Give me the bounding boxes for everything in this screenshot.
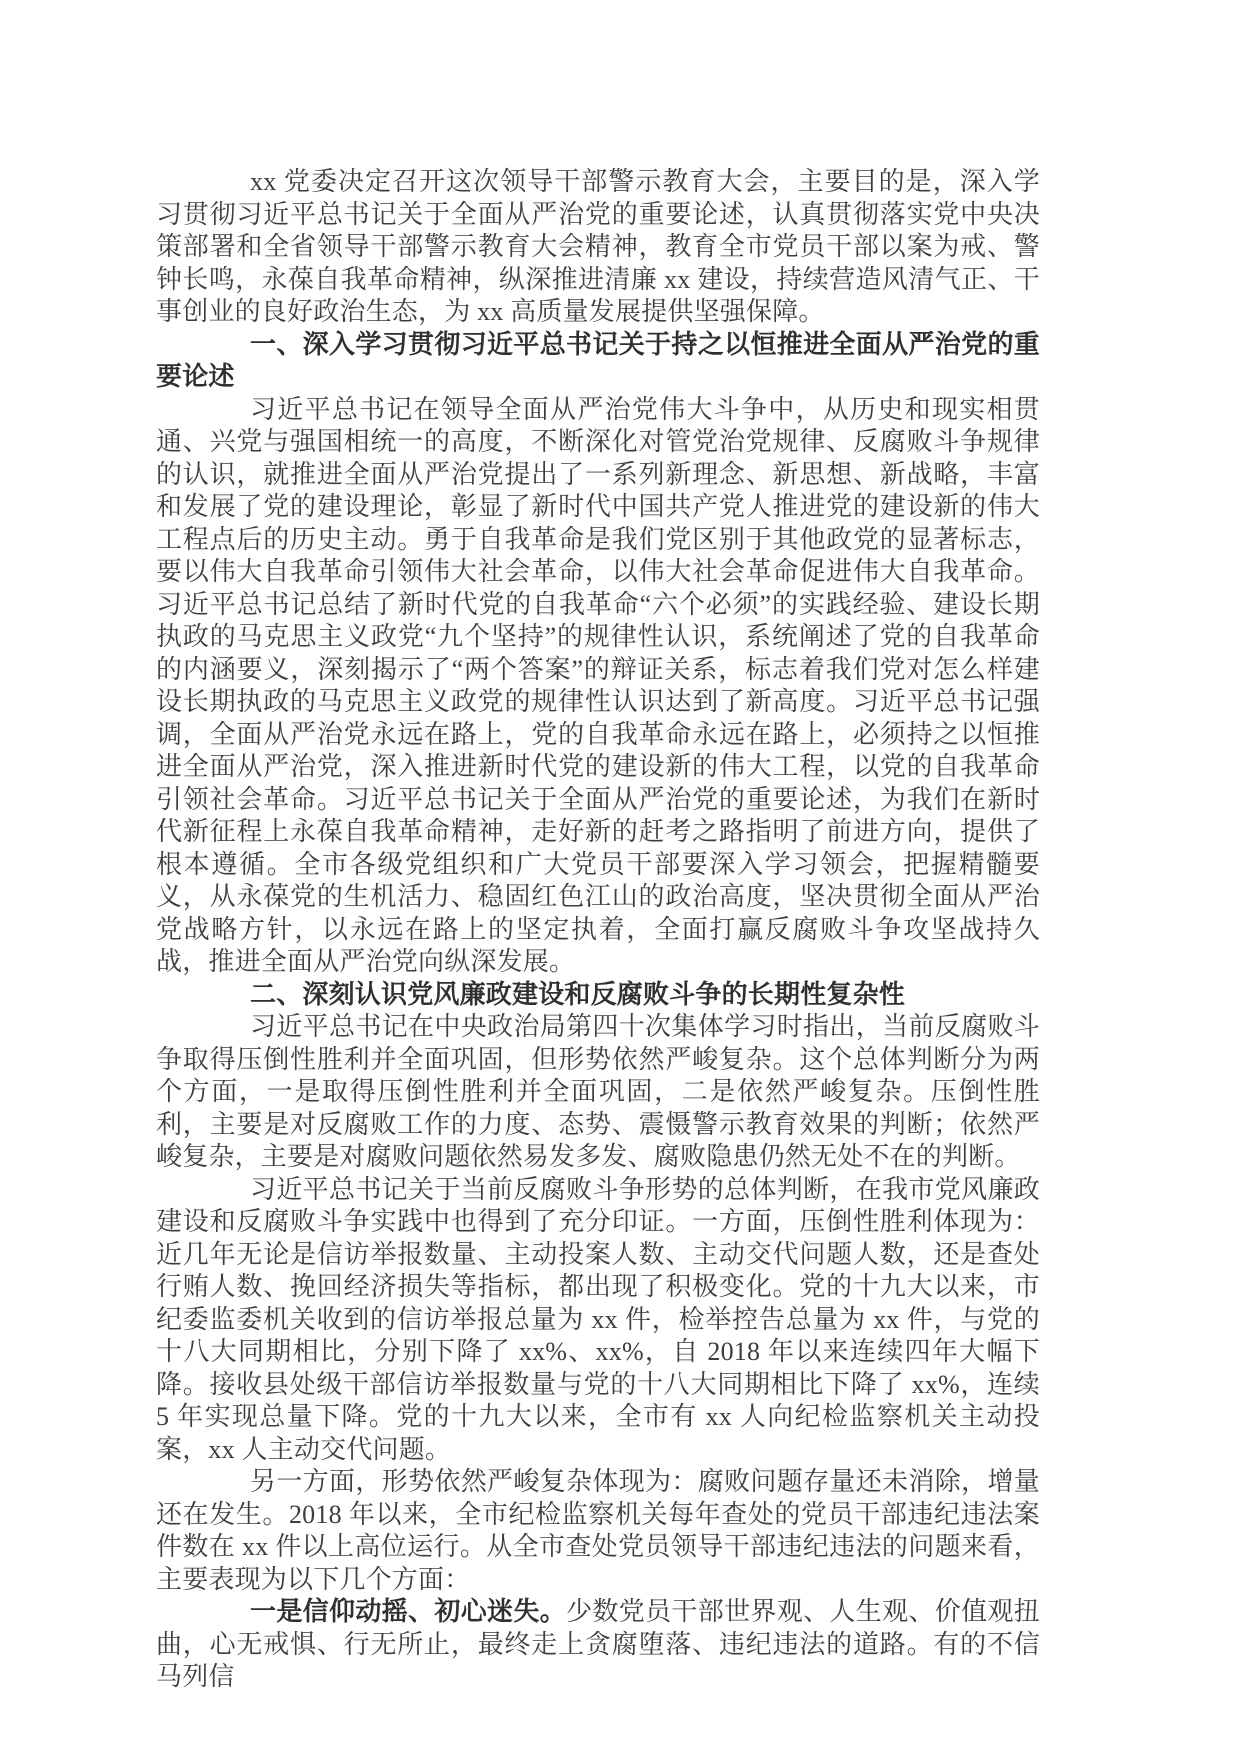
paragraph-section2-other-hand: 另一方面，形势依然严峻复杂体现为：腐败问题存量还未消除，增量还在发生。2018 … <box>156 1466 1040 1596</box>
section-heading-2: 二、深刻认识党风廉政建设和反腐败斗争的长期性复杂性 <box>156 979 1040 1012</box>
paragraph-section2-one-hand: 习近平总书记关于当前反腐败斗争形势的总体判断，在我市党风廉政建设和反腐败斗争实践… <box>156 1174 1040 1467</box>
paragraph-intro: xx 党委决定召开这次领导干部警示教育大会，主要目的是，深入学习贯彻习近平总书记… <box>156 166 1040 329</box>
document-body: xx 党委决定召开这次领导干部警示教育大会，主要目的是，深入学习贯彻习近平总书记… <box>156 166 1040 1694</box>
section-heading-1: 一、深入学习贯彻习近平总书记关于持之以恒推进全面从严治党的重要论述 <box>156 329 1040 394</box>
paragraph-point-one: 一是信仰动摇、初心迷失。少数党员干部世界观、人生观、价值观扭曲，心无戒惧、行无所… <box>156 1596 1040 1694</box>
paragraph-section2-judgment: 习近平总书记在中央政治局第四十次集体学习时指出，当前反腐败斗争取得压倒性胜利并全… <box>156 1011 1040 1174</box>
paragraph-section1-body: 习近平总书记在领导全面从严治党伟大斗争中，从历史和现实相贯通、兴党与强国相统一的… <box>156 394 1040 979</box>
document-page: xx 党委决定召开这次领导干部警示教育大会，主要目的是，深入学习贯彻习近平总书记… <box>0 0 1240 1754</box>
point-one-bold-lead: 一是信仰动摇、初心迷失。 <box>250 1597 566 1626</box>
